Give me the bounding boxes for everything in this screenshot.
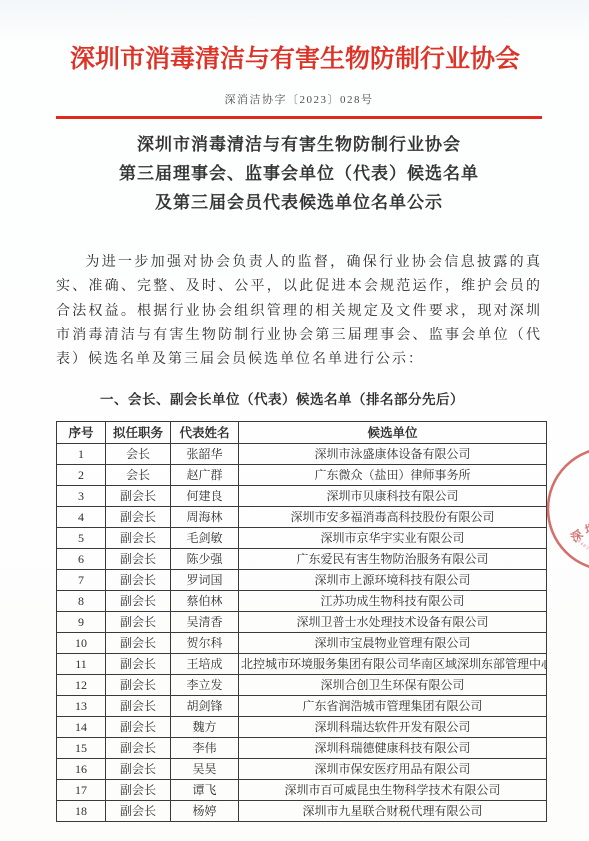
- table-cell: 陈少强: [171, 549, 239, 570]
- section-heading: 一、会长、副会长单位（代表）候选名单（排名部分先后）: [56, 388, 542, 408]
- table-cell: 吴清香: [171, 612, 239, 633]
- table-cell: 深圳卫普士水处理技术设备有限公司: [239, 612, 547, 633]
- table-cell: 广东省润浩城市管理集团有限公司: [239, 696, 547, 717]
- table-cell: 1: [57, 444, 106, 465]
- table-cell: 谭飞: [171, 780, 239, 801]
- table-cell: 深圳市宝晨物业管理有限公司: [239, 633, 547, 654]
- table-cell: 4: [57, 507, 106, 528]
- table-cell: 深圳市百可威昆虫生物科学技术有限公司: [239, 780, 547, 801]
- table-cell: 深圳科瑞达软件开发有限公司: [239, 717, 547, 738]
- table-cell: 13: [57, 696, 106, 717]
- table-cell: 深圳市安多福消毒高科技股份有限公司: [239, 507, 547, 528]
- table-row: 6副会长陈少强广东爱民有害生物防治服务有限公司: [57, 549, 547, 570]
- table-cell: 赵广群: [171, 465, 239, 486]
- seal-serial-number: 4403080: [577, 538, 589, 555]
- table-row: 18副会长杨婷深圳市九星联合财税代理有限公司: [57, 801, 547, 822]
- table-row: 1会长张韶华深圳市泳盛康体设备有限公司: [57, 444, 547, 465]
- table-cell: 副会长: [106, 759, 171, 780]
- table-cell: 副会长: [106, 801, 171, 822]
- table-cell: 9: [57, 612, 106, 633]
- table-cell: 罗词国: [171, 570, 239, 591]
- table-cell: 17: [57, 780, 106, 801]
- document-title-line-3: 及第三届会员代表候选单位名单公示: [56, 188, 542, 217]
- red-divider-line: [56, 116, 542, 119]
- table-cell: 副会长: [106, 570, 171, 591]
- table-cell: 15: [57, 738, 106, 759]
- table-cell: 北控城市环境服务集团有限公司华南区域深圳东部管理中心: [239, 654, 547, 675]
- table-cell: 副会长: [106, 507, 171, 528]
- table-cell: 3: [57, 486, 106, 507]
- table-cell: 深圳合创卫生环保有限公司: [239, 675, 547, 696]
- table-row: 11副会长王培成北控城市环境服务集团有限公司华南区域深圳东部管理中心: [57, 654, 547, 675]
- document-title-line-1: 深圳市消毒清洁与有害生物防制行业协会: [56, 130, 542, 159]
- table-cell: 深圳市保安医疗用品有限公司: [239, 759, 547, 780]
- table-cell: 会长: [106, 444, 171, 465]
- table-cell: 深圳市泳盛康体设备有限公司: [239, 444, 547, 465]
- table-cell: 江苏功成生物科技有限公司: [239, 591, 547, 612]
- column-header-unit: 候选单位: [239, 422, 547, 444]
- table-cell: 7: [57, 570, 106, 591]
- table-row: 12副会长李立发深圳合创卫生环保有限公司: [57, 675, 547, 696]
- table-row: 9副会长吴清香深圳卫普士水处理技术设备有限公司: [57, 612, 547, 633]
- table-cell: 广东微众（盐田）律师事务所: [239, 465, 547, 486]
- table-cell: 吴昊: [171, 759, 239, 780]
- column-header-index: 序号: [57, 422, 106, 444]
- table-cell: 副会长: [106, 549, 171, 570]
- table-cell: 6: [57, 549, 106, 570]
- table-cell: 副会长: [106, 738, 171, 759]
- table-cell: 深圳市京华宇实业有限公司: [239, 528, 547, 549]
- table-cell: 副会长: [106, 675, 171, 696]
- table-row: 13副会长胡剑锋广东省润浩城市管理集团有限公司: [57, 696, 547, 717]
- table-cell: 深圳市贝康科技有限公司: [239, 486, 547, 507]
- table-cell: 副会长: [106, 486, 171, 507]
- association-header-title: 深圳市消毒清洁与有害生物防制行业协会: [48, 46, 542, 74]
- candidates-table-body: 1会长张韶华深圳市泳盛康体设备有限公司2会长赵广群广东微众（盐田）律师事务所3副…: [57, 444, 547, 822]
- seal-arc-text: 深圳市消毒清洁与有害生物防制行业协会: [549, 519, 589, 579]
- table-cell: 贺尔科: [171, 633, 239, 654]
- table-cell: 14: [57, 717, 106, 738]
- body-paragraph: 为进一步加强对协会负责人的监督，确保行业协会信息披露的真实、准确、完整、及时、公…: [56, 251, 542, 372]
- table-cell: 张韶华: [171, 444, 239, 465]
- table-row: 17副会长谭飞深圳市百可威昆虫生物科学技术有限公司: [57, 780, 547, 801]
- candidates-table-header: 序号 拟任职务 代表姓名 候选单位: [57, 422, 547, 444]
- table-cell: 副会长: [106, 696, 171, 717]
- table-row: 10副会长贺尔科深圳市宝晨物业管理有限公司: [57, 633, 547, 654]
- table-cell: 副会长: [106, 780, 171, 801]
- table-cell: 周海林: [171, 507, 239, 528]
- table-row: 8副会长蔡伯林江苏功成生物科技有限公司: [57, 591, 547, 612]
- document-number: 深消洁协字〔2023〕028号: [56, 91, 542, 107]
- table-cell: 8: [57, 591, 106, 612]
- table-row: 3副会长何建良深圳市贝康科技有限公司: [57, 486, 547, 507]
- table-cell: 广东爱民有害生物防治服务有限公司: [239, 549, 547, 570]
- table-cell: 会长: [106, 465, 171, 486]
- table-cell: 蔡伯林: [171, 591, 239, 612]
- table-cell: 王培成: [171, 654, 239, 675]
- column-header-position: 拟任职务: [106, 422, 171, 444]
- table-header-row: 序号 拟任职务 代表姓名 候选单位: [57, 422, 547, 444]
- table-cell: 副会长: [106, 612, 171, 633]
- table-cell: 李伟: [171, 738, 239, 759]
- table-cell: 5: [57, 528, 106, 549]
- table-cell: 2: [57, 465, 106, 486]
- table-row: 5副会长毛剑敏深圳市京华宇实业有限公司: [57, 528, 547, 549]
- table-row: 16副会长吴昊深圳市保安医疗用品有限公司: [57, 759, 547, 780]
- table-cell: 副会长: [106, 717, 171, 738]
- table-row: 15副会长李伟深圳科瑞德健康科技有限公司: [57, 738, 547, 759]
- table-cell: 魏方: [171, 717, 239, 738]
- table-cell: 副会长: [106, 654, 171, 675]
- table-row: 7副会长罗词国深圳市上源环境科技有限公司: [57, 570, 547, 591]
- table-cell: 深圳市九星联合财税代理有限公司: [239, 801, 547, 822]
- table-cell: 18: [57, 801, 106, 822]
- table-cell: 杨婷: [171, 801, 239, 822]
- candidates-table: 序号 拟任职务 代表姓名 候选单位 1会长张韶华深圳市泳盛康体设备有限公司2会长…: [56, 421, 547, 822]
- column-header-name: 代表姓名: [171, 422, 239, 444]
- document-page: 深圳市消毒清洁与有害生物防制行业协会 深消洁协字〔2023〕028号 深圳市消毒…: [0, 0, 589, 841]
- table-row: 14副会长魏方深圳科瑞达软件开发有限公司: [57, 717, 547, 738]
- table-cell: 副会长: [106, 528, 171, 549]
- table-cell: 胡剑锋: [171, 696, 239, 717]
- table-cell: 副会长: [106, 591, 171, 612]
- seal-outer-ring: [548, 448, 589, 570]
- table-cell: 16: [57, 759, 106, 780]
- table-cell: 李立发: [171, 675, 239, 696]
- table-cell: 深圳科瑞德健康科技有限公司: [239, 738, 547, 759]
- table-cell: 10: [57, 633, 106, 654]
- document-title-line-2: 第三届理事会、监事会单位（代表）候选名单: [56, 159, 542, 188]
- table-cell: 深圳市上源环境科技有限公司: [239, 570, 547, 591]
- table-cell: 副会长: [106, 633, 171, 654]
- table-row: 4副会长周海林深圳市安多福消毒高科技股份有限公司: [57, 507, 547, 528]
- table-cell: 12: [57, 675, 106, 696]
- table-cell: 何建良: [171, 486, 239, 507]
- table-row: 2会长赵广群广东微众（盐田）律师事务所: [57, 465, 547, 486]
- table-cell: 11: [57, 654, 106, 675]
- table-cell: 毛剑敏: [171, 528, 239, 549]
- document-title: 深圳市消毒清洁与有害生物防制行业协会 第三届理事会、监事会单位（代表）候选名单 …: [56, 130, 542, 217]
